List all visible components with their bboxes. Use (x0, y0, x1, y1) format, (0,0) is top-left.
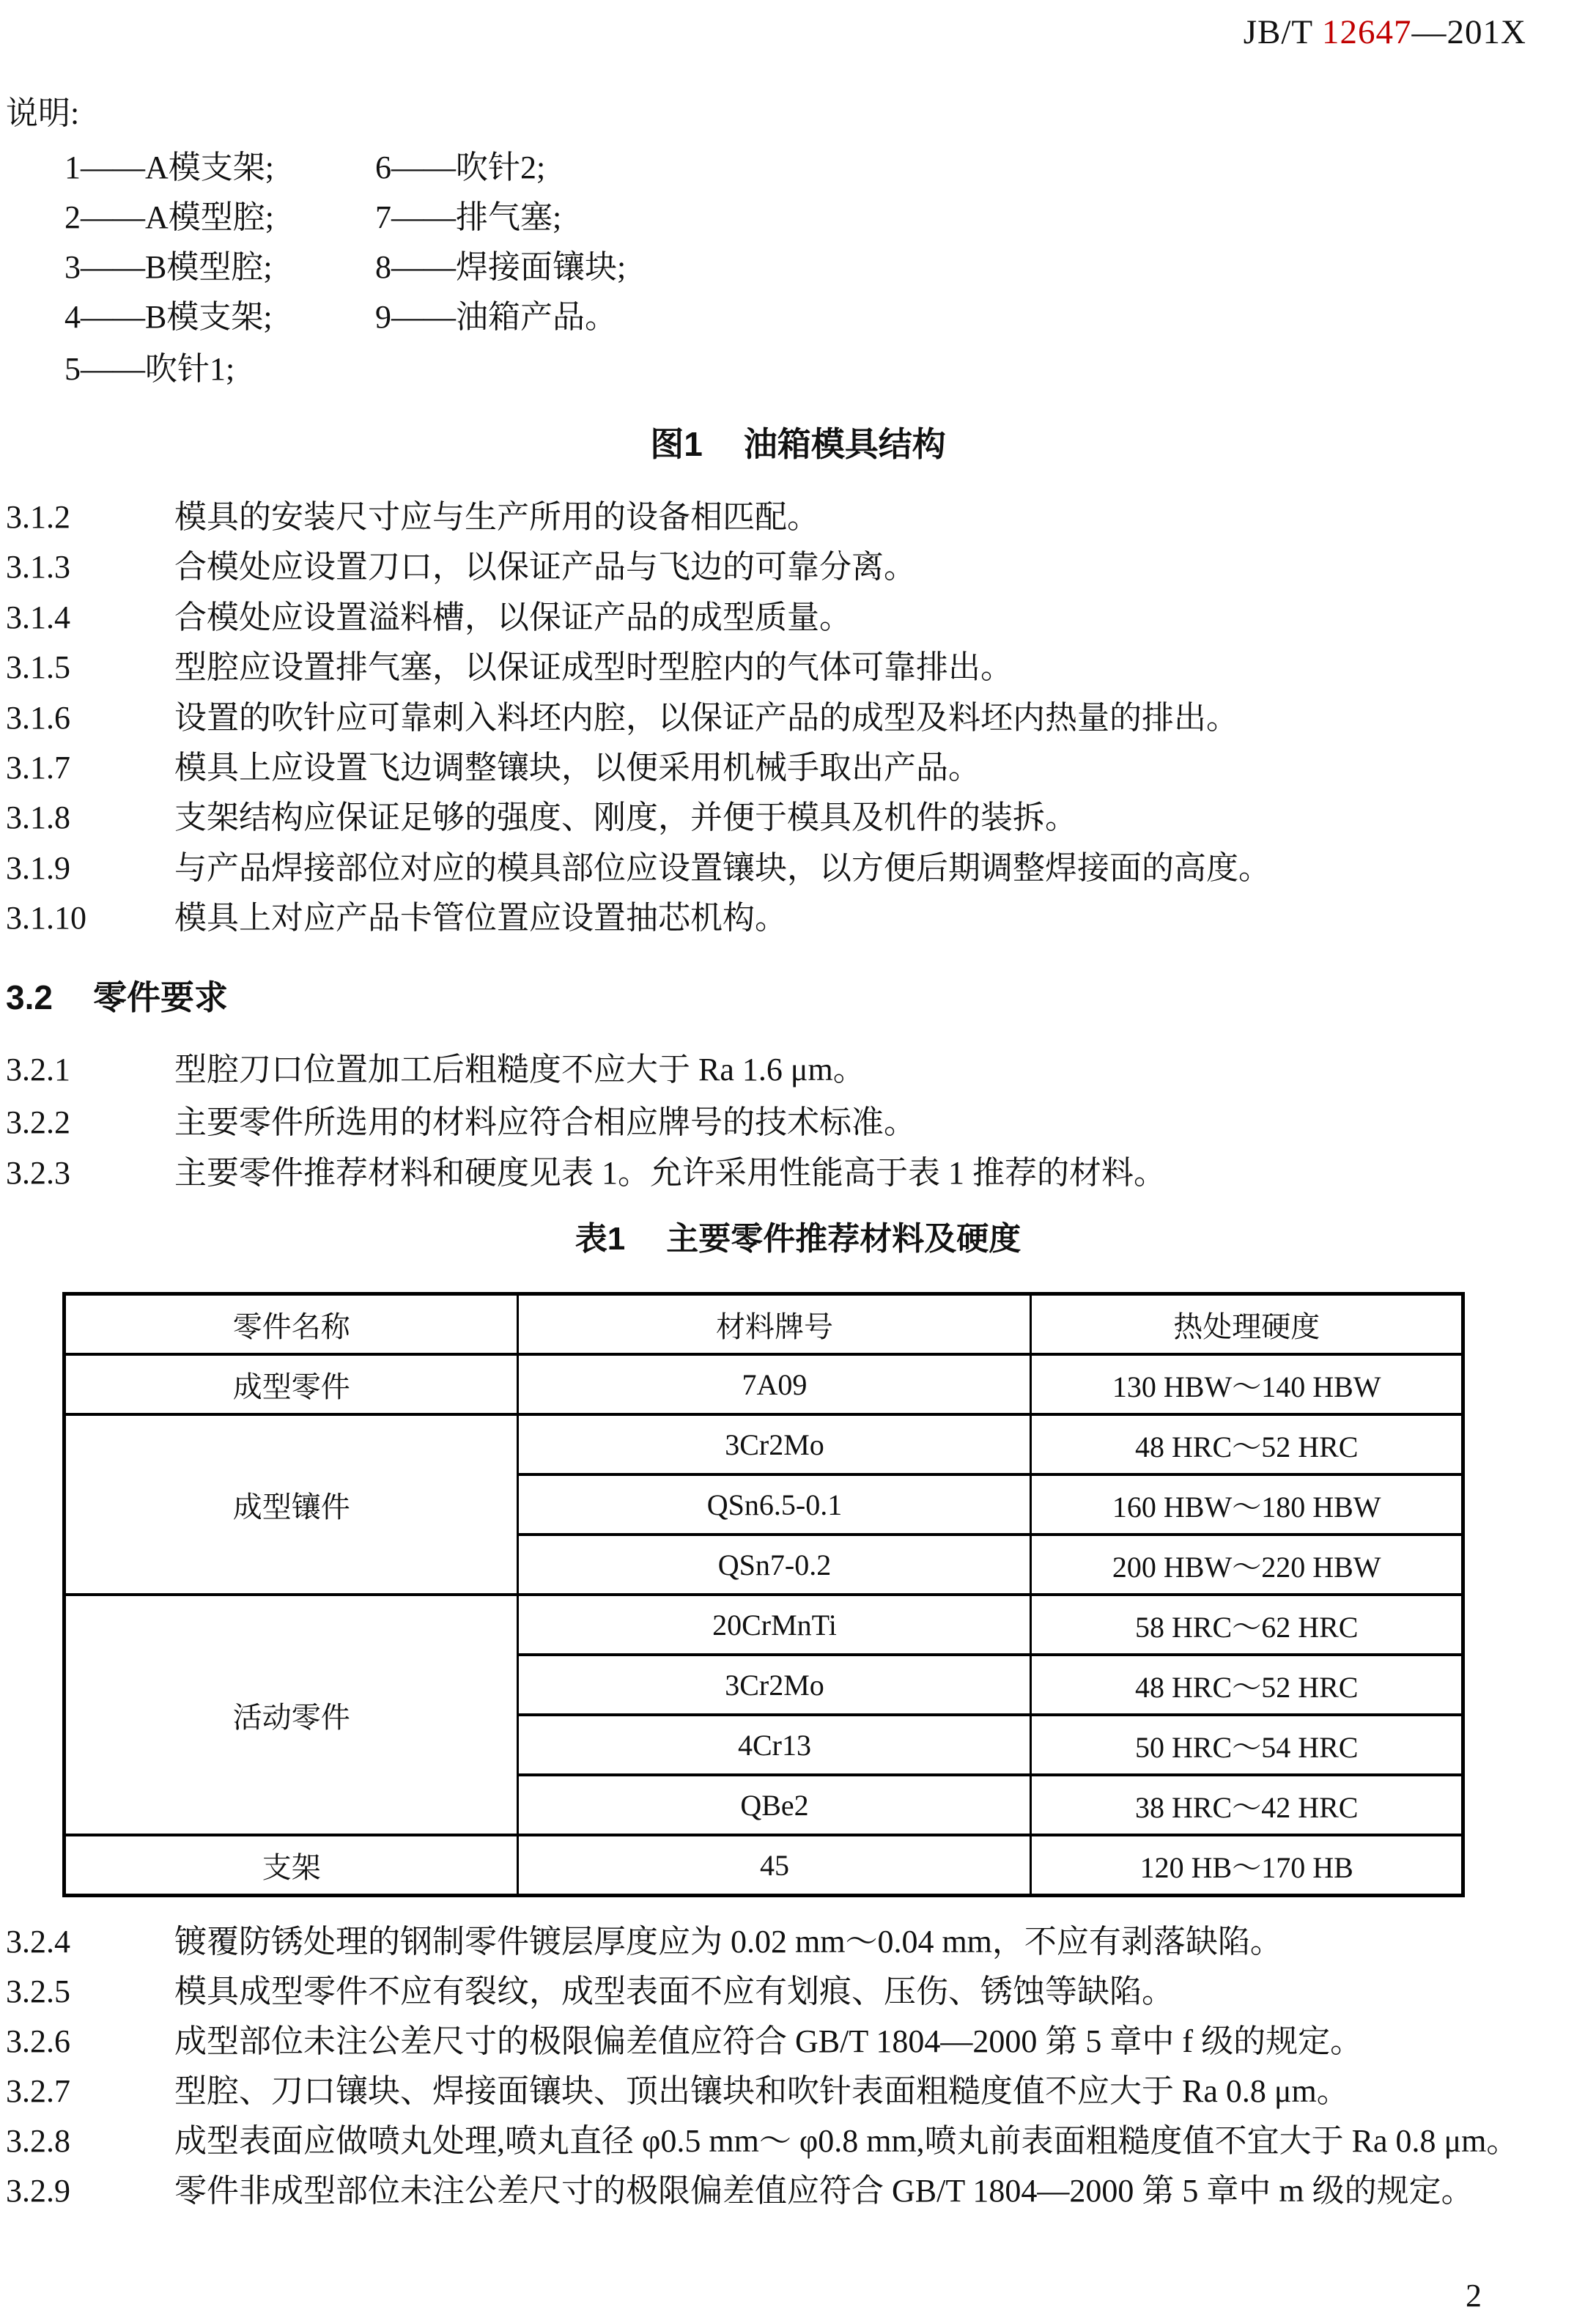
clause-text: 成型表面应做喷丸处理,喷丸直径 φ0.5 mm～ φ0.8 mm,喷丸前表面粗糙… (174, 2119, 1518, 2163)
clause-text: 与产品焊接部位对应的模具部位应设置镶块，以方便后期调整焊接面的高度。 (174, 846, 1271, 890)
clause-3-2-9: 3.2.9零件非成型部位未注公差尺寸的极限偏差值应符合 GB/T 1804—20… (6, 2169, 1474, 2213)
clause-3-1-2: 3.1.2模具的安装尺寸应与生产所用的设备相匹配。 (6, 495, 819, 539)
material-cell: 3Cr2Mo (518, 1414, 1031, 1474)
hardness-cell: 120 HB～170 HB (1031, 1835, 1463, 1896)
table-row: 成型零件 7A09 130 HBW～140 HBW (64, 1354, 1463, 1414)
legend-item-7: 7——排气塞; (375, 196, 561, 239)
legend-item-8: 8——焊接面镶块; (375, 246, 626, 289)
col-header-hardness: 热处理硬度 (1031, 1294, 1463, 1355)
clause-3-2-1: 3.2.1型腔刀口位置加工后粗糙度不应大于 Ra 1.6 μm。 (6, 1048, 865, 1092)
clause-text: 零件非成型部位未注公差尺寸的极限偏差值应符合 GB/T 1804—2000 第 … (174, 2169, 1474, 2213)
clause-number: 3.2.2 (6, 1101, 130, 1145)
clause-number: 3.1.6 (6, 696, 130, 740)
clause-3-2-4: 3.2.4镀覆防锈处理的钢制零件镀层厚度应为 0.02 mm～0.04 mm，不… (6, 1920, 1282, 1964)
table-caption-label: 表1 (575, 1221, 625, 1257)
legend-label: 说明: (6, 92, 79, 135)
table-row: 活动零件 20CrMnTi 58 HRC～62 HRC (64, 1595, 1463, 1655)
document-page: JB/T 12647—201X 说明: 1——A模支架; 6——吹针2; 2——… (0, 0, 1596, 2315)
clause-3-1-6: 3.1.6设置的吹针应可靠刺入料坯内腔，以保证产品的成型及料坯内热量的排出。 (6, 696, 1238, 740)
hardness-cell: 38 HRC～42 HRC (1031, 1775, 1463, 1835)
clause-3-2-6: 3.2.6成型部位未注公差尺寸的极限偏差值应符合 GB/T 1804—2000 … (6, 2020, 1362, 2064)
clause-3-2-5: 3.2.5模具成型零件不应有裂纹，成型表面不应有划痕、压伤、锈蚀等缺陷。 (6, 1970, 1174, 2014)
material-cell: 20CrMnTi (518, 1595, 1031, 1655)
clause-text: 模具成型零件不应有裂纹，成型表面不应有划痕、压伤、锈蚀等缺陷。 (174, 1970, 1174, 2014)
clause-number: 3.2.1 (6, 1048, 130, 1092)
clause-text: 型腔应设置排气塞，以保证成型时型腔内的气体可靠排出。 (174, 646, 1013, 690)
legend-item-9: 9——油箱产品。 (375, 296, 617, 339)
material-cell: 45 (518, 1835, 1031, 1896)
legend-item-5: 5——吹针1; (64, 348, 234, 391)
clause-number: 3.2.3 (6, 1151, 130, 1195)
clause-number: 3.2.6 (6, 2020, 130, 2064)
hardness-cell: 48 HRC～52 HRC (1031, 1414, 1463, 1474)
section-number: 3.2 (6, 976, 53, 1019)
material-cell: 7A09 (518, 1354, 1031, 1414)
part-name-cell: 支架 (64, 1835, 518, 1896)
col-header-part-name: 零件名称 (64, 1294, 518, 1355)
clause-number: 3.2.5 (6, 1970, 130, 2014)
clause-3-1-7: 3.1.7模具上应设置飞边调整镶块，以便采用机械手取出产品。 (6, 746, 980, 790)
material-cell: QBe2 (518, 1775, 1031, 1835)
page-number: 2 (1466, 2278, 1482, 2314)
clause-text: 支架结构应保证足够的强度、刚度，并便于模具及机件的装拆。 (174, 796, 1077, 840)
clause-number: 3.2.8 (6, 2119, 130, 2163)
clause-text: 镀覆防锈处理的钢制零件镀层厚度应为 0.02 mm～0.04 mm，不应有剥落缺… (174, 1920, 1282, 1964)
part-name-cell: 活动零件 (64, 1595, 518, 1835)
clause-text: 主要零件所选用的材料应符合相应牌号的技术标准。 (174, 1101, 916, 1145)
clause-text: 模具的安装尺寸应与生产所用的设备相匹配。 (174, 495, 819, 539)
legend-item-4: 4——B模支架; (64, 296, 273, 339)
material-cell: QSn7-0.2 (518, 1535, 1031, 1595)
part-name-cell: 成型零件 (64, 1354, 518, 1414)
legend-item-6: 6——吹针2; (375, 147, 545, 189)
clause-3-2-2: 3.2.2主要零件所选用的材料应符合相应牌号的技术标准。 (6, 1101, 916, 1145)
clause-3-1-5: 3.1.5型腔应设置排气塞，以保证成型时型腔内的气体可靠排出。 (6, 646, 1013, 690)
figure-caption-title: 油箱模具结构 (744, 425, 946, 463)
clause-3-1-10: 3.1.10模具上对应产品卡管位置应设置抽芯机构。 (6, 896, 787, 940)
clause-number: 3.1.9 (6, 846, 130, 890)
hardness-cell: 58 HRC～62 HRC (1031, 1595, 1463, 1655)
section-heading-3-2: 3.2零件要求 (6, 976, 228, 1019)
clause-text: 模具上对应产品卡管位置应设置抽芯机构。 (174, 896, 787, 940)
standard-code-prefix: JB/T (1244, 13, 1322, 51)
clause-number: 3.1.2 (6, 495, 130, 539)
hardness-cell: 160 HBW～180 HBW (1031, 1474, 1463, 1535)
clause-number: 3.1.5 (6, 646, 130, 690)
clause-text: 主要零件推荐材料和硬度见表 1。允许采用性能高于表 1 推荐的材料。 (174, 1151, 1166, 1195)
clause-number: 3.2.9 (6, 2169, 130, 2213)
clause-number: 3.1.4 (6, 596, 130, 640)
clause-text: 设置的吹针应可靠刺入料坯内腔，以保证产品的成型及料坯内热量的排出。 (174, 696, 1238, 740)
clause-text: 合模处应设置刀口，以保证产品与飞边的可靠分离。 (174, 545, 916, 589)
standard-code-suffix: —201X (1412, 13, 1526, 51)
clause-number: 3.1.3 (6, 545, 130, 589)
standard-code: JB/T 12647—201X (1244, 13, 1526, 51)
hardness-cell: 200 HBW～220 HBW (1031, 1535, 1463, 1595)
clause-number: 3.1.8 (6, 796, 130, 840)
figure-caption-label: 图1 (650, 425, 703, 463)
clause-text: 型腔刀口位置加工后粗糙度不应大于 Ra 1.6 μm。 (174, 1048, 865, 1092)
hardness-cell: 48 HRC～52 HRC (1031, 1655, 1463, 1715)
table-caption: 表1主要零件推荐材料及硬度 (0, 1219, 1596, 1259)
part-name-cell: 成型镶件 (64, 1414, 518, 1595)
clause-text: 模具上应设置飞边调整镶块，以便采用机械手取出产品。 (174, 746, 980, 790)
clause-3-1-9: 3.1.9与产品焊接部位对应的模具部位应设置镶块，以方便后期调整焊接面的高度。 (6, 846, 1271, 890)
clause-3-1-3: 3.1.3合模处应设置刀口，以保证产品与飞边的可靠分离。 (6, 545, 916, 589)
clause-3-2-3: 3.2.3主要零件推荐材料和硬度见表 1。允许采用性能高于表 1 推荐的材料。 (6, 1151, 1166, 1195)
table-header-row: 零件名称 材料牌号 热处理硬度 (64, 1294, 1463, 1355)
clause-text: 成型部位未注公差尺寸的极限偏差值应符合 GB/T 1804—2000 第 5 章… (174, 2020, 1362, 2064)
clause-3-1-8: 3.1.8支架结构应保证足够的强度、刚度，并便于模具及机件的装拆。 (6, 796, 1077, 840)
table-row: 成型镶件 3Cr2Mo 48 HRC～52 HRC (64, 1414, 1463, 1474)
material-cell: 4Cr13 (518, 1715, 1031, 1775)
legend-item-2: 2——A模型腔; (64, 196, 274, 239)
clause-number: 3.1.10 (6, 896, 130, 940)
clause-3-2-8: 3.2.8成型表面应做喷丸处理,喷丸直径 φ0.5 mm～ φ0.8 mm,喷丸… (6, 2119, 1518, 2163)
table-caption-title: 主要零件推荐材料及硬度 (666, 1221, 1021, 1257)
material-cell: QSn6.5-0.1 (518, 1474, 1031, 1535)
clause-number: 3.1.7 (6, 746, 130, 790)
figure-caption: 图1油箱模具结构 (0, 424, 1596, 465)
clause-number: 3.2.4 (6, 1920, 130, 1964)
table-row: 支架 45 120 HB～170 HB (64, 1835, 1463, 1896)
clause-number: 3.2.7 (6, 2070, 130, 2113)
legend-item-3: 3——B模型腔; (64, 246, 273, 289)
col-header-material: 材料牌号 (518, 1294, 1031, 1355)
hardness-cell: 50 HRC～54 HRC (1031, 1715, 1463, 1775)
material-cell: 3Cr2Mo (518, 1655, 1031, 1715)
standard-code-number: 12647 (1322, 13, 1412, 51)
clause-3-1-4: 3.1.4合模处应设置溢料槽，以保证产品的成型质量。 (6, 596, 851, 640)
materials-table: 零件名称 材料牌号 热处理硬度 成型零件 7A09 130 HBW～140 HB… (62, 1292, 1465, 1897)
clause-text: 型腔、刀口镶块、焊接面镶块、顶出镶块和吹针表面粗糙度值不应大于 Ra 0.8 μ… (174, 2070, 1349, 2113)
legend-item-1: 1——A模支架; (64, 147, 274, 189)
hardness-cell: 130 HBW～140 HBW (1031, 1354, 1463, 1414)
clause-3-2-7: 3.2.7型腔、刀口镶块、焊接面镶块、顶出镶块和吹针表面粗糙度值不应大于 Ra … (6, 2070, 1349, 2113)
section-title: 零件要求 (93, 976, 228, 1019)
clause-text: 合模处应设置溢料槽，以保证产品的成型质量。 (174, 596, 851, 640)
